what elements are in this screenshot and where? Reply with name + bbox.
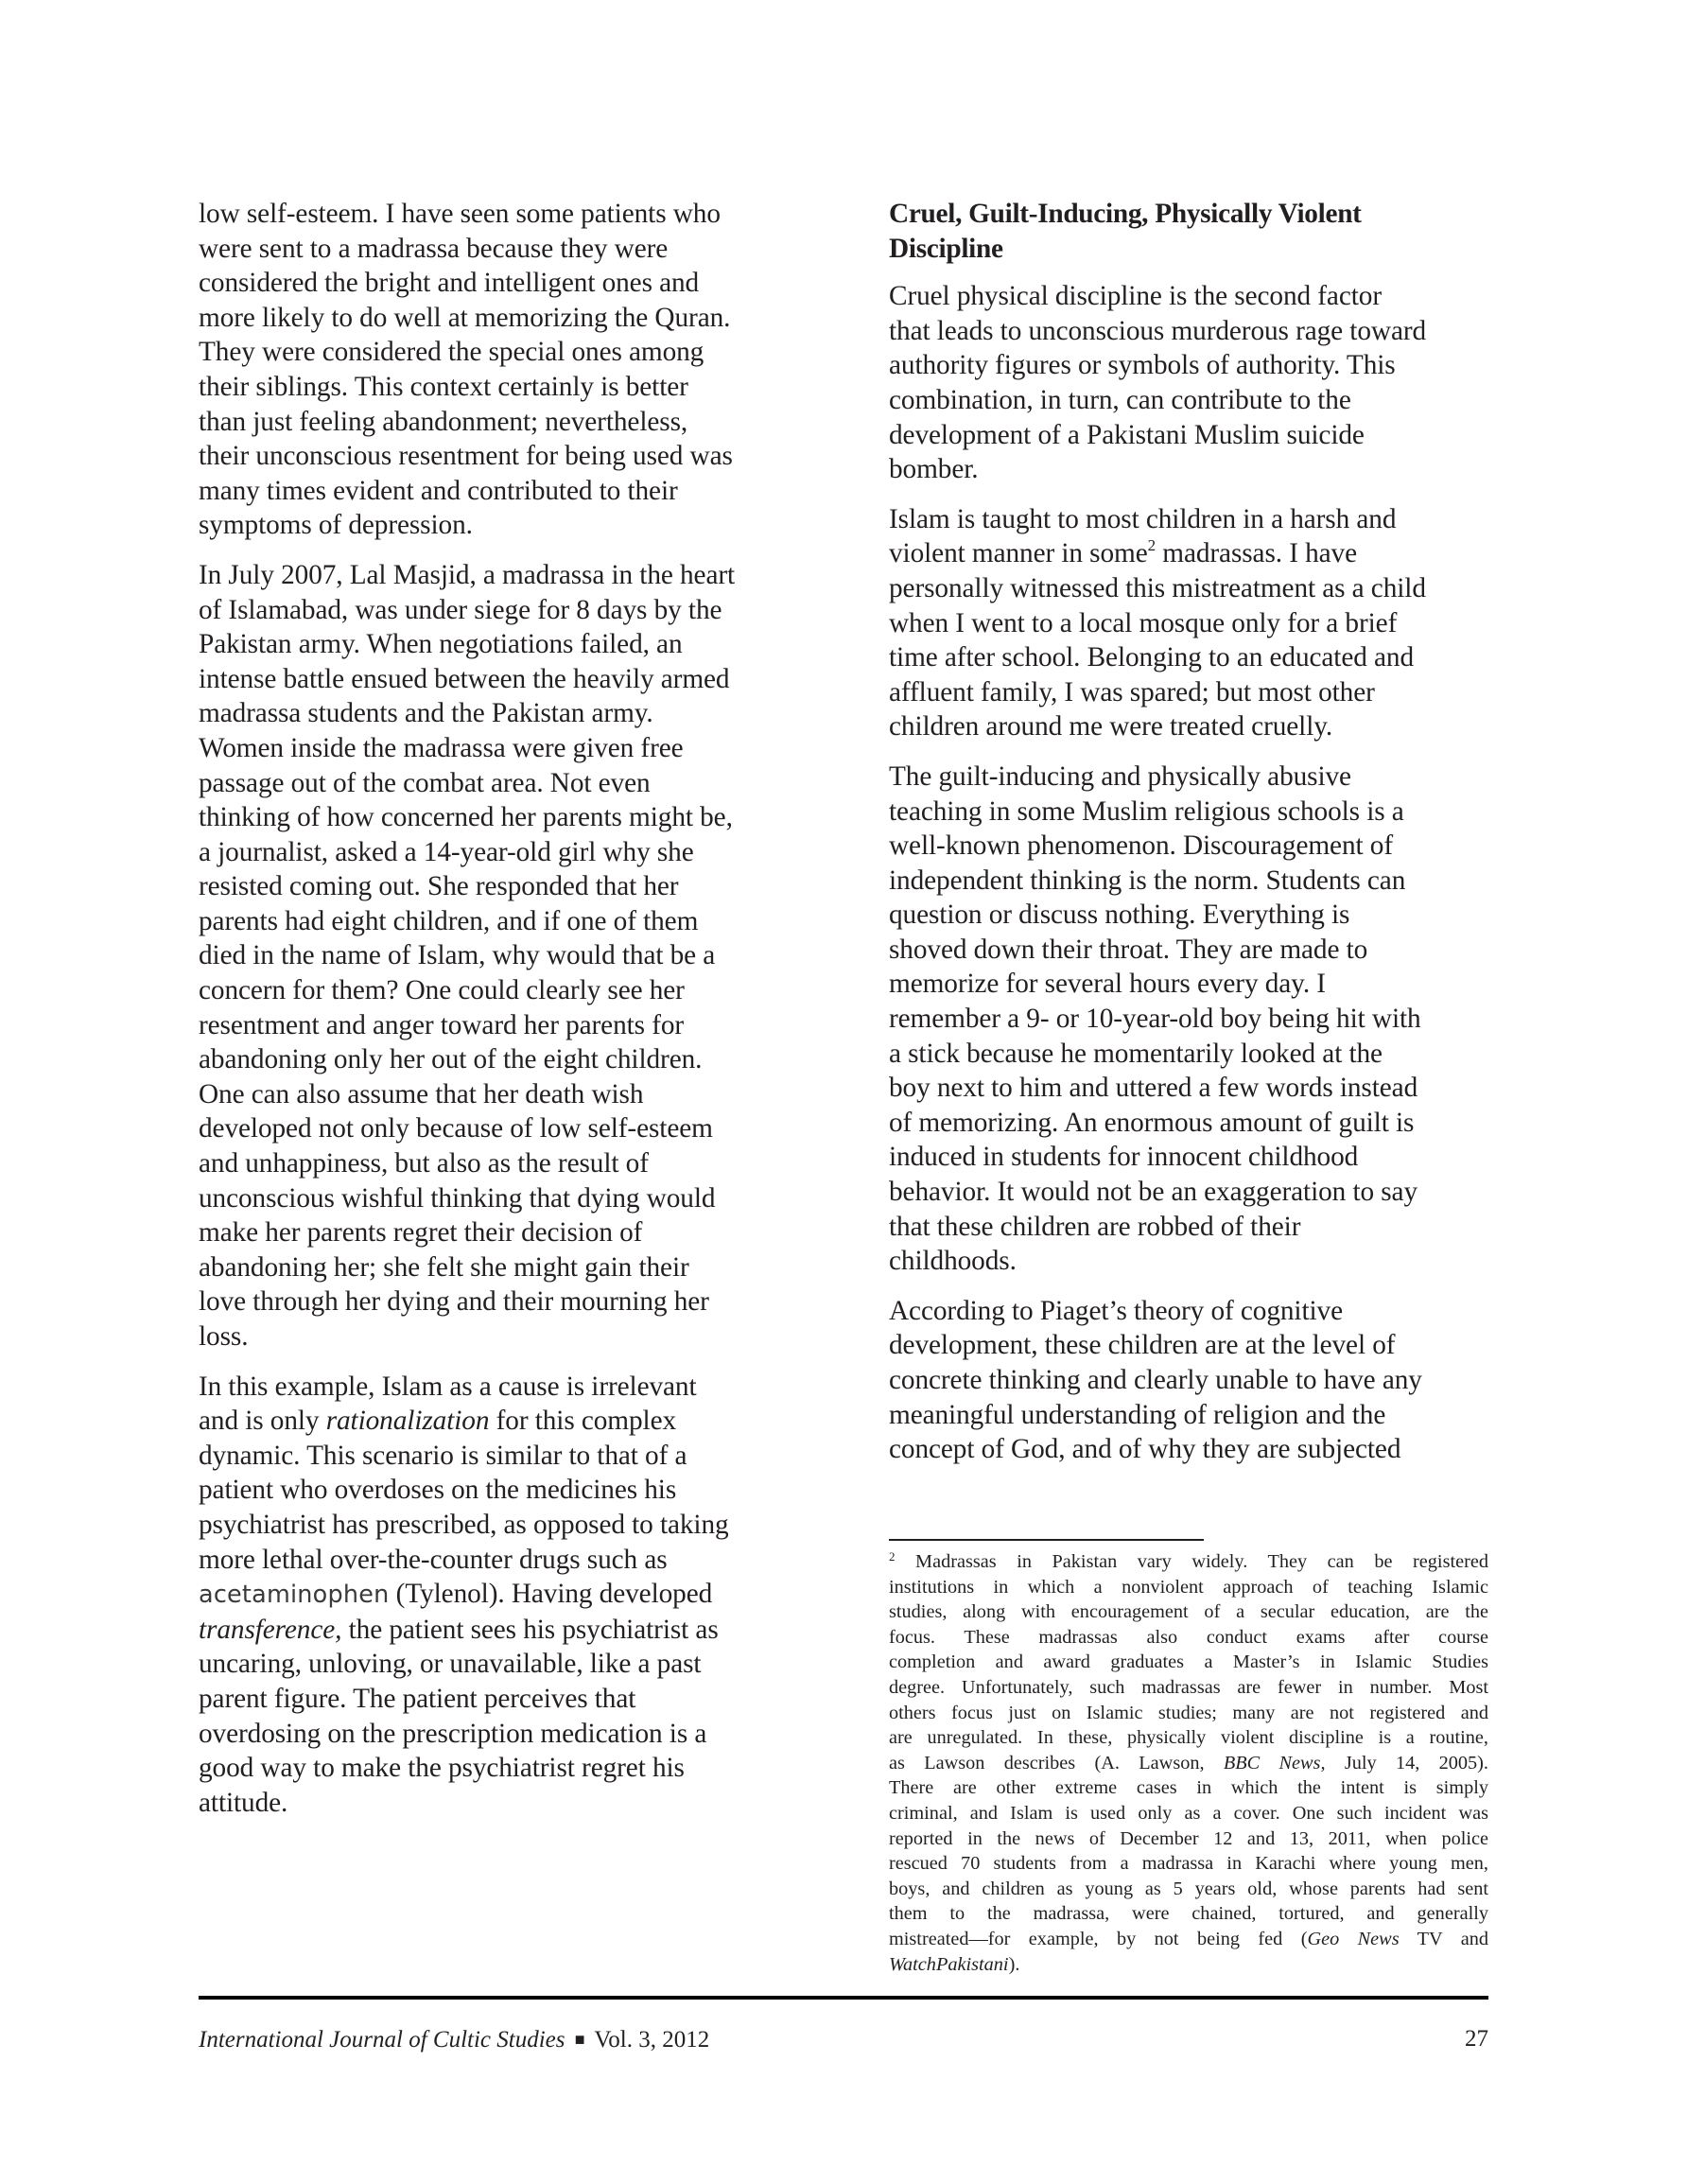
paragraph-piaget: According to Piaget’s theory of cognitiv…	[889, 1294, 1488, 1467]
text-line: and unhappiness, but also as the result …	[199, 1146, 790, 1181]
text-line: make her parents regret their decision o…	[199, 1215, 790, 1250]
text-line: than just feeling abandonment; neverthel…	[199, 405, 790, 440]
text-line: independent thinking is the norm. Studen…	[889, 864, 1488, 899]
text-line: many times evident and contributed to th…	[199, 474, 790, 509]
citation-geo-news: Geo News	[1307, 1929, 1399, 1949]
text-line: Women inside the madrassa were given fre…	[199, 731, 790, 766]
text-line: remember a 9- or 10-year-old boy being h…	[889, 1002, 1488, 1037]
text-line: unconscious wishful thinking that dying …	[199, 1181, 790, 1216]
paragraph-cruel-discipline: Cruel physical discipline is the second …	[889, 279, 1488, 487]
text-line: Cruel, Guilt-Inducing, Physically Violen…	[889, 197, 1488, 232]
text-line: their unconscious resentment for being u…	[199, 439, 790, 474]
left-column: low self-esteem. I have seen some patien…	[199, 197, 790, 1835]
text-line: madrassa students and the Pakistan army.	[199, 696, 790, 731]
square-separator-icon: ■	[575, 2030, 585, 2049]
text-line: Cruel physical discipline is the second …	[889, 279, 1488, 314]
text-line: died in the name of Islam, why would tha…	[199, 938, 790, 973]
running-footer: International Journal of Cultic Studies …	[199, 2024, 709, 2055]
citation-bbc-news: BBC News,	[1224, 1753, 1326, 1773]
footnote-marker: 2	[889, 1549, 896, 1564]
text-line: that leads to unconscious murderous rage…	[889, 314, 1488, 349]
footnote-2: 2 Madrassas in Pakistan vary widely. The…	[889, 1549, 1488, 1977]
text-line: of Islamabad, was under siege for 8 days…	[199, 593, 790, 628]
text-line: concept of God, and of why they are subj…	[889, 1432, 1488, 1467]
text-line: teaching in some Muslim religious school…	[889, 795, 1488, 830]
text-line: childhoods.	[889, 1244, 1488, 1279]
term-acetaminophen: acetaminophen	[199, 1581, 389, 1609]
text-line: authority figures or symbols of authorit…	[889, 348, 1488, 383]
text-line: bomber.	[889, 452, 1488, 487]
text-line: meaningful understanding of religion and…	[889, 1398, 1488, 1433]
text-line: behavior. It would not be an exaggeratio…	[889, 1175, 1488, 1210]
text-line: According to Piaget’s theory of cognitiv…	[889, 1294, 1488, 1329]
right-column: Cruel, Guilt-Inducing, Physically Violen…	[889, 197, 1488, 1482]
text-line: a stick because he momentarily looked at…	[889, 1037, 1488, 1072]
text-line: shoved down their throat. They are made …	[889, 933, 1488, 968]
journal-page: low self-esteem. I have seen some patien…	[0, 0, 1687, 2184]
text-line: were sent to a madrassa because they wer…	[199, 232, 790, 267]
footnote-reference-2[interactable]: 2	[1148, 536, 1156, 554]
text-line: boy next to him and uttered a few words …	[889, 1071, 1488, 1106]
text-line: One can also assume that her death wish	[199, 1077, 790, 1112]
text-line: resentment and anger toward her parents …	[199, 1008, 790, 1043]
text-line: resisted coming out. She responded that …	[199, 869, 790, 904]
text-line: The guilt-inducing and physically abusiv…	[889, 760, 1488, 795]
text-line: question or discuss nothing. Everything …	[889, 898, 1488, 933]
text-line: their siblings. This context certainly i…	[199, 370, 790, 405]
text-line: thinking of how concerned her parents mi…	[199, 800, 790, 835]
text-line: Discipline	[889, 232, 1488, 267]
paragraph-lal-masjid: In July 2007, Lal Masjid, a madrassa in …	[199, 558, 790, 1354]
paragraph-guilt-inducing: The guilt-inducing and physically abusiv…	[889, 760, 1488, 1279]
text-line: symptoms of depression.	[199, 508, 790, 543]
section-heading: Cruel, Guilt-Inducing, Physically Violen…	[889, 197, 1488, 266]
text-line: more likely to do well at memorizing the…	[199, 301, 790, 336]
text-line: In July 2007, Lal Masjid, a madrassa in …	[199, 558, 790, 593]
text-line: development, these children are at the l…	[889, 1328, 1488, 1363]
text-line: abandoning only her out of the eight chi…	[199, 1042, 790, 1077]
term-transference: transference,	[199, 1615, 341, 1645]
text-line: loss.	[199, 1319, 790, 1354]
term-rationalization: rationalization	[326, 1406, 490, 1436]
citation-watchpakistani: WatchPakistani	[889, 1954, 1009, 1975]
volume-info: Vol. 3, 2012	[594, 2027, 709, 2053]
text-line: of memorizing. An enormous amount of gui…	[889, 1106, 1488, 1141]
text-line: development of a Pakistani Muslim suicid…	[889, 418, 1488, 453]
text-line: well-known phenomenon. Discouragement of	[889, 829, 1488, 864]
text-line: intense battle ensued between the heavil…	[199, 662, 790, 697]
text-line: a journalist, asked a 14-year-old girl w…	[199, 835, 790, 870]
text-line: concrete thinking and clearly unable to …	[889, 1363, 1488, 1398]
paragraph-rationalization: In this example, Islam as a cause is irr…	[199, 1370, 790, 1821]
paragraph-islam-taught: Islam is taught to most children in a ha…	[889, 502, 1488, 744]
journal-title: International Journal of Cultic Studies	[199, 2027, 565, 2053]
text-line: passage out of the combat area. Not even	[199, 766, 790, 801]
text-line: love through her dying and their mournin…	[199, 1284, 790, 1319]
text-line: memorize for several hours every day. I	[889, 967, 1488, 1002]
text-line: induced in students for innocent childho…	[889, 1140, 1488, 1175]
footer-rule	[199, 1996, 1488, 2000]
text-line: that these children are robbed of their	[889, 1210, 1488, 1245]
text-line: abandoning her; she felt she might gain …	[199, 1250, 790, 1285]
text-line: parents had eight children, and if one o…	[199, 904, 790, 939]
footnote-separator	[889, 1539, 1204, 1541]
text-line: low self-esteem. I have seen some patien…	[199, 197, 790, 232]
paragraph-low-self-esteem: low self-esteem. I have seen some patien…	[199, 197, 790, 543]
text-line: They were considered the special ones am…	[199, 335, 790, 370]
text-line: developed not only because of low self-e…	[199, 1111, 790, 1146]
text-line: Pakistan army. When negotiations failed,…	[199, 627, 790, 662]
page-number: 27	[1456, 2024, 1488, 2054]
text-line: concern for them? One could clearly see …	[199, 973, 790, 1008]
text-line: combination, in turn, can contribute to …	[889, 383, 1488, 418]
text-line: considered the bright and intelligent on…	[199, 266, 790, 301]
